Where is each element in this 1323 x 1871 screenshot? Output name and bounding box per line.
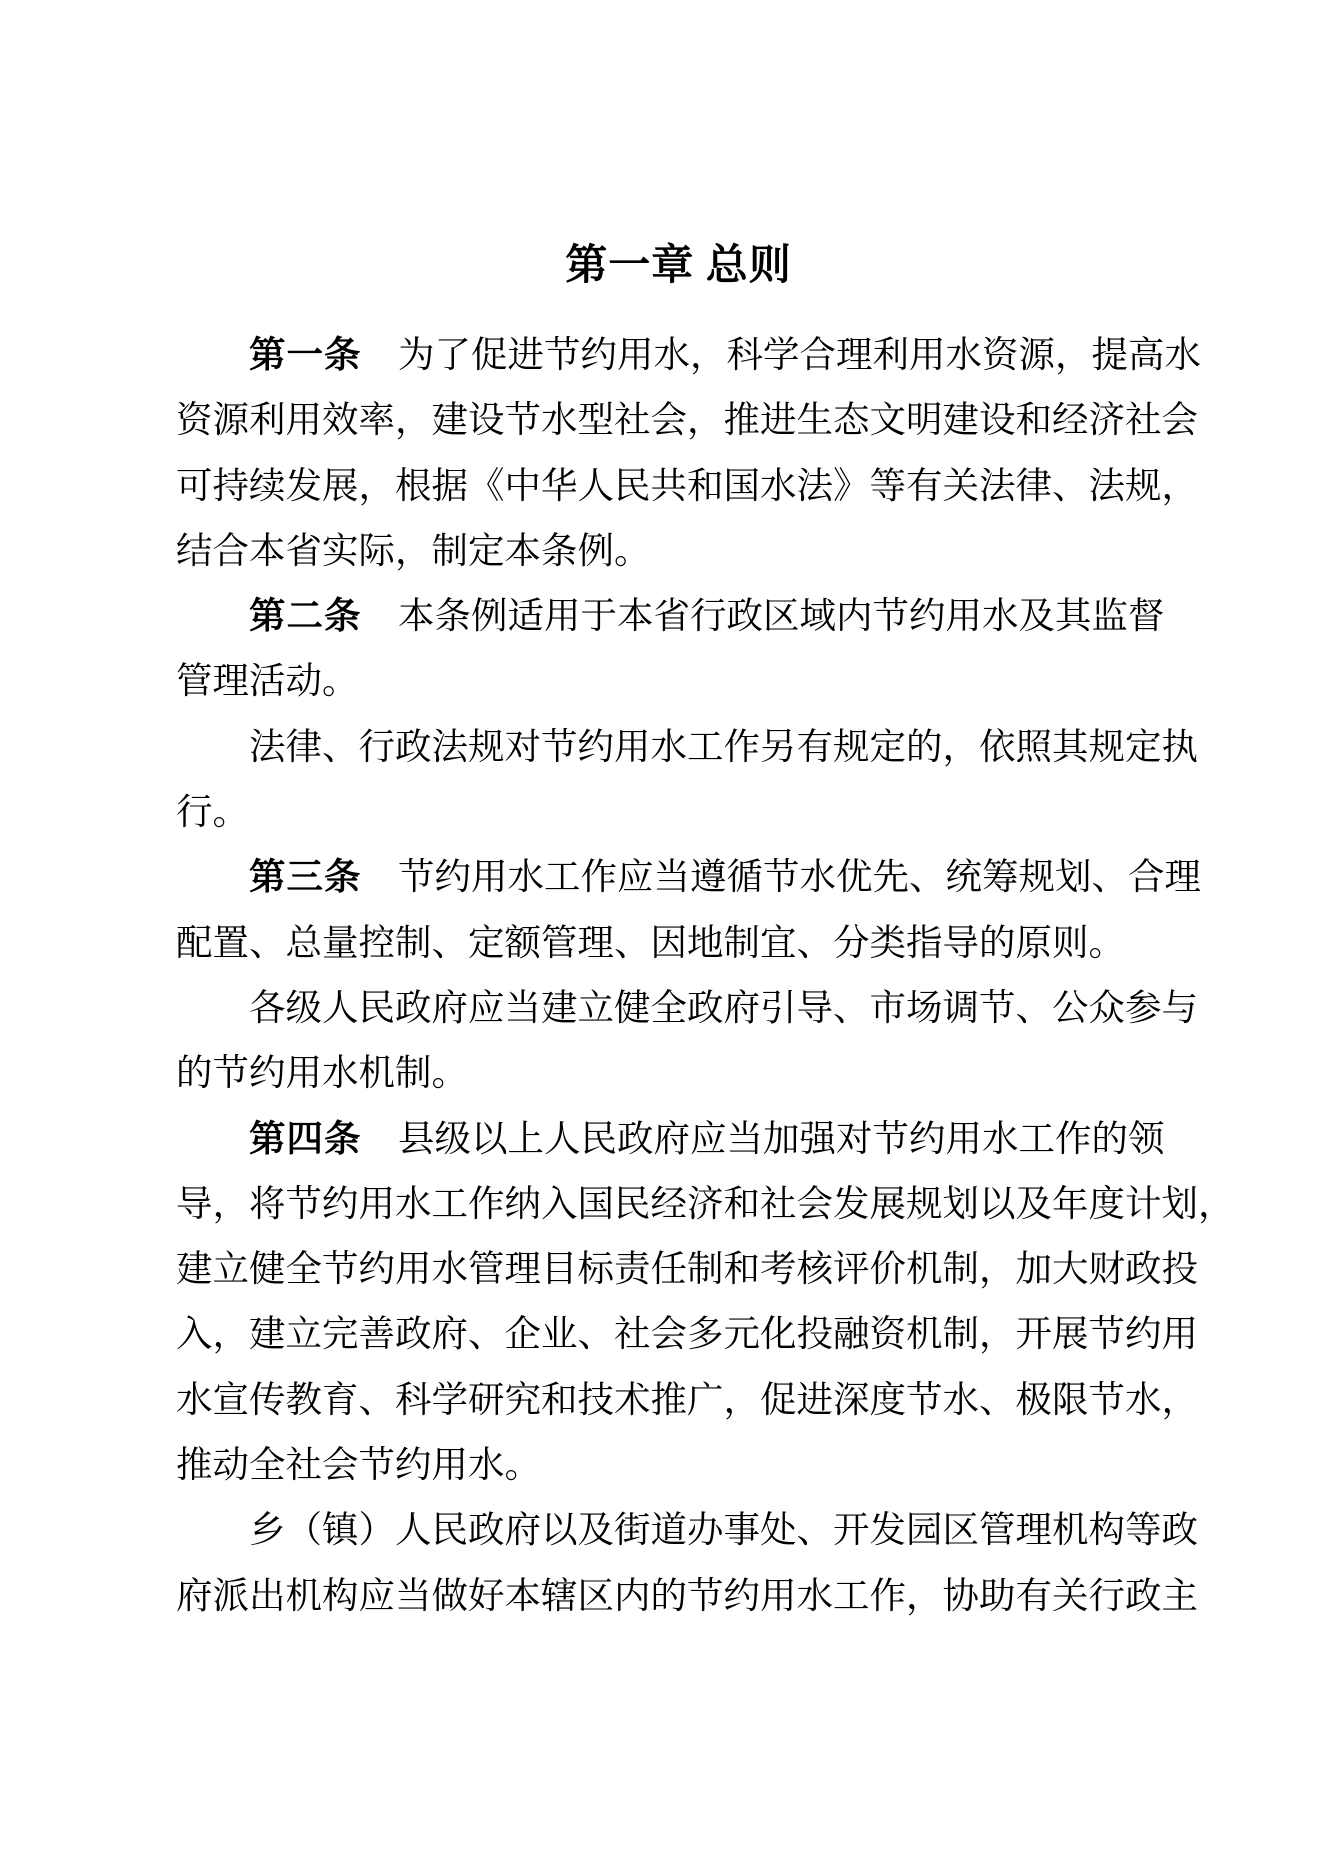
article-4: 第四条县级以上人民政府应当加强对节约用水工作的领 导，将节约用水工作纳入国民经济… (176, 1106, 1181, 1498)
article-3-label: 第三条 (249, 856, 362, 897)
line-text: 节约用水工作应当遵循节水优先、统筹规划、合理 (398, 856, 1201, 897)
text-line: 资源利用效率，建设节水型社会，推进生态文明建设和经济社会 (176, 387, 1181, 452)
article-2-label: 第二条 (249, 595, 362, 636)
text-line: 行。 (176, 779, 1181, 844)
text-line: 管理活动。 (176, 648, 1181, 713)
article-1: 第一条为了促进节约用水，科学合理利用水资源，提高水 资源利用效率，建设节水型社会… (176, 322, 1181, 583)
article-2-clause-2: 法律、行政法规对节约用水工作另有规定的，依照其规定执 行。 (176, 714, 1181, 845)
article-4-clause-2: 乡（镇）人民政府以及街道办事处、开发园区管理机构等政 府派出机构应当做好本辖区内… (176, 1497, 1181, 1628)
text-line: 结合本省实际，制定本条例。 (176, 518, 1181, 583)
text-line: 第四条县级以上人民政府应当加强对节约用水工作的领 (176, 1106, 1181, 1171)
text-line: 导，将节约用水工作纳入国民经济和社会发展规划以及年度计划， (176, 1171, 1181, 1236)
text-line: 府派出机构应当做好本辖区内的节约用水工作，协助有关行政主 (176, 1563, 1181, 1628)
text-line: 第二条本条例适用于本省行政区域内节约用水及其监督 (176, 583, 1181, 648)
article-4-label: 第四条 (249, 1118, 362, 1159)
text-line: 配置、总量控制、定额管理、因地制宜、分类指导的原则。 (176, 910, 1181, 975)
line-text: 县级以上人民政府应当加强对节约用水工作的领 (398, 1118, 1165, 1159)
text-line: 法律、行政法规对节约用水工作另有规定的，依照其规定执 (176, 714, 1181, 779)
article-2: 第二条本条例适用于本省行政区域内节约用水及其监督 管理活动。 (176, 583, 1181, 714)
line-text: 本条例适用于本省行政区域内节约用水及其监督 (398, 595, 1165, 636)
text-line: 乡（镇）人民政府以及街道办事处、开发园区管理机构等政 (176, 1497, 1181, 1562)
text-line: 入，建立完善政府、企业、社会多元化投融资机制，开展节约用 (176, 1301, 1181, 1366)
text-line: 各级人民政府应当建立健全政府引导、市场调节、公众参与 (176, 975, 1181, 1040)
article-1-label: 第一条 (249, 334, 362, 375)
text-line: 第三条节约用水工作应当遵循节水优先、统筹规划、合理 (176, 844, 1181, 909)
article-3: 第三条节约用水工作应当遵循节水优先、统筹规划、合理 配置、总量控制、定额管理、因… (176, 844, 1181, 975)
text-line: 的节约用水机制。 (176, 1040, 1181, 1105)
text-line: 水宣传教育、科学研究和技术推广，促进深度节水、极限节水， (176, 1367, 1181, 1432)
text-line: 建立健全节约用水管理目标责任制和考核评价机制，加大财政投 (176, 1236, 1181, 1301)
line-text: 为了促进节约用水，科学合理利用水资源，提高水 (398, 334, 1201, 375)
text-line: 可持续发展，根据《中华人民共和国水法》等有关法律、法规， (176, 453, 1181, 518)
document-page: 第一章 总则 第一条为了促进节约用水，科学合理利用水资源，提高水 资源利用效率，… (0, 0, 1323, 1871)
document-body: 第一条为了促进节约用水，科学合理利用水资源，提高水 资源利用效率，建设节水型社会… (176, 322, 1181, 1628)
article-3-clause-2: 各级人民政府应当建立健全政府引导、市场调节、公众参与 的节约用水机制。 (176, 975, 1181, 1106)
text-line: 推动全社会节约用水。 (176, 1432, 1181, 1497)
chapter-title: 第一章 总则 (176, 240, 1181, 292)
text-line: 第一条为了促进节约用水，科学合理利用水资源，提高水 (176, 322, 1181, 387)
